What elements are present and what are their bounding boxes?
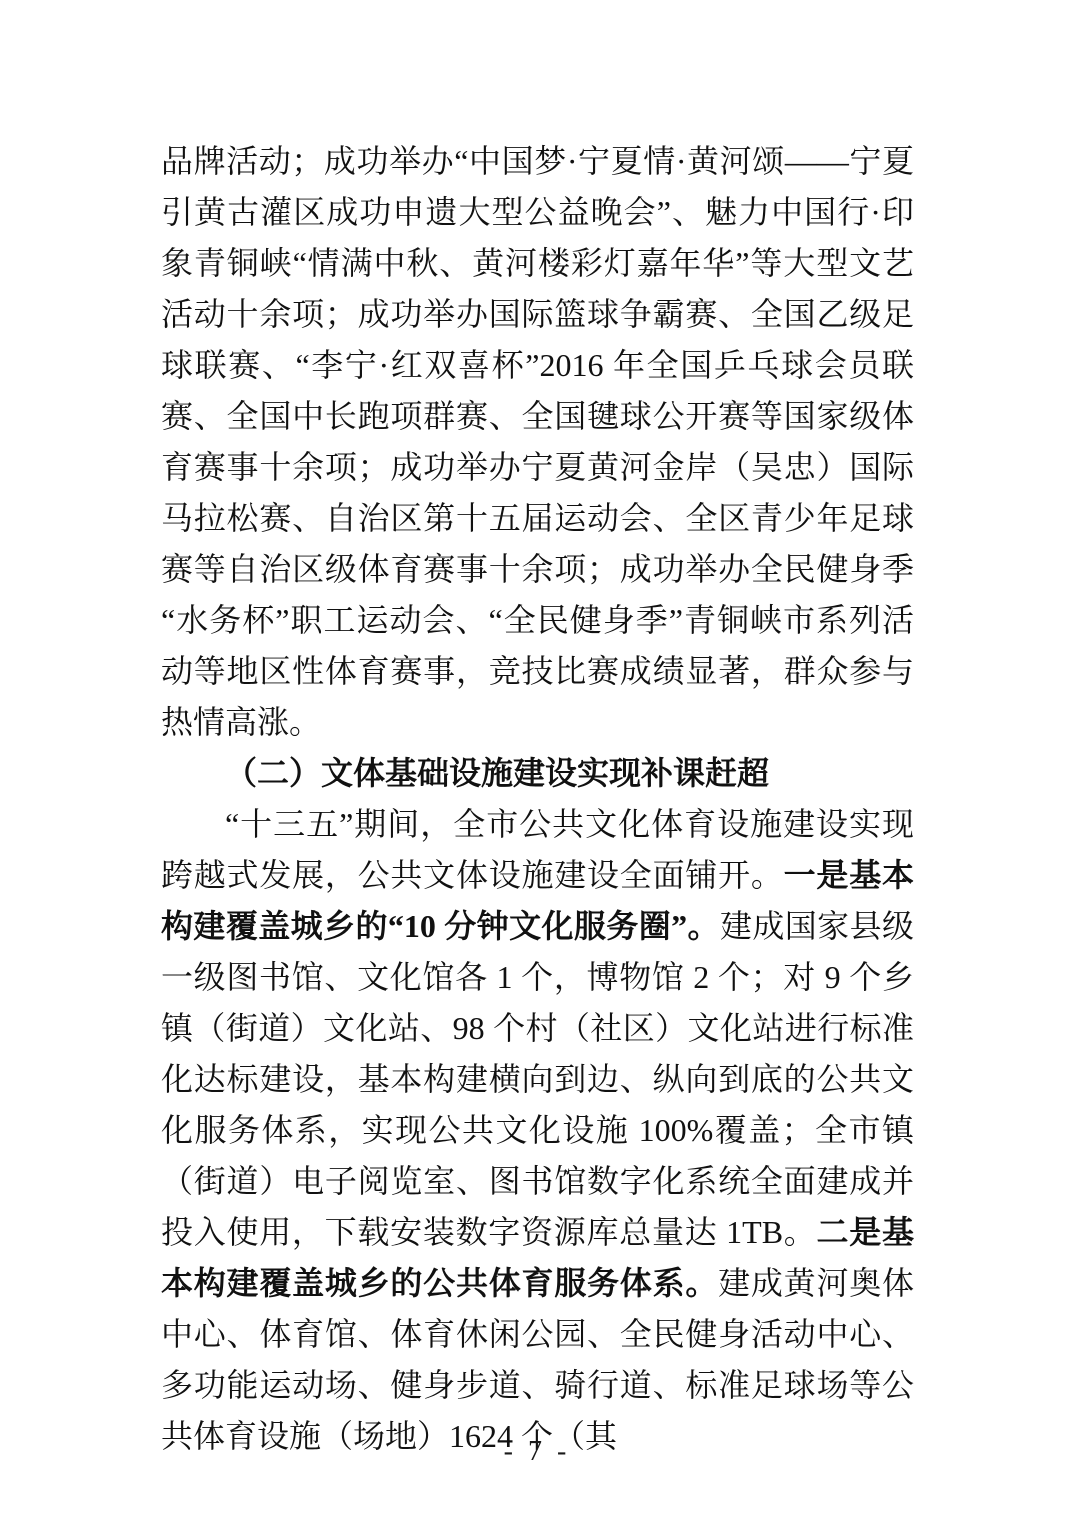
facilities-text-culture: 建成国家县级一级图书馆、文化馆各 1 个，博物馆 2 个；对 9 个乡镇（街道）… [161, 908, 914, 1250]
section-heading: （二）文体基础设施建设实现补课赶超 [161, 748, 914, 799]
document-content: 品牌活动；成功举办“中国梦·宁夏情·黄河颂——宁夏引黄古灌区成功申遗大型公益晚会… [161, 136, 914, 1462]
paragraph-sports-events: 品牌活动；成功举办“中国梦·宁夏情·黄河颂——宁夏引黄古灌区成功申遗大型公益晚会… [161, 136, 914, 748]
page-footer: - 7 - [0, 1436, 1074, 1468]
paragraph-facilities: “十三五”期间，全市公共文化体育设施建设实现跨越式发展，公共文体设施建设全面铺开… [161, 799, 914, 1462]
page-number: - 7 - [504, 1436, 571, 1467]
document-page: 品牌活动；成功举办“中国梦·宁夏情·黄河颂——宁夏引黄古灌区成功申遗大型公益晚会… [0, 0, 1074, 1520]
